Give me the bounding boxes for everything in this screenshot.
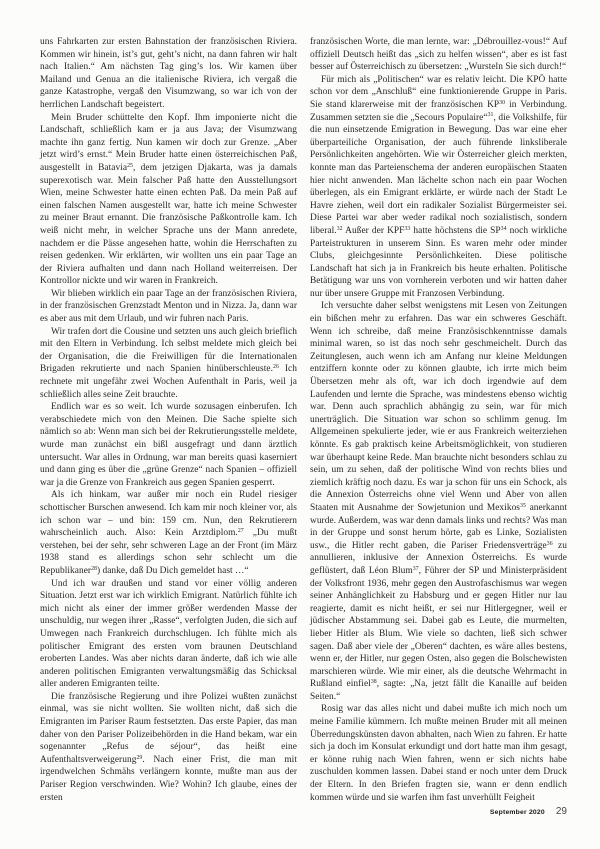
issue-date: September 2020 (490, 809, 545, 816)
paragraph: französischen Worte, die man lernte, war… (310, 36, 567, 74)
paragraph: Als ich hinkam, war außer mir noch ein R… (40, 489, 297, 577)
two-column-text-block: uns Fahrkarten zur ersten Bahnstation de… (40, 36, 567, 804)
paragraph: Die französische Regierung und ihre Poli… (40, 691, 297, 804)
footnote-ref: 28 (91, 566, 97, 572)
footnote-ref: 30 (499, 100, 505, 106)
paragraph: Rosig war das alles nicht und dabei mußt… (310, 703, 567, 804)
footnote-ref: 38 (371, 679, 377, 685)
footnote-ref: 35 (520, 503, 526, 509)
book-page: uns Fahrkarten zur ersten Bahnstation de… (0, 0, 600, 849)
paragraph: Wir blieben wirklich ein paar Tage an de… (40, 288, 297, 326)
footnote-ref: 25 (127, 163, 133, 169)
footnote-ref: 36 (547, 541, 553, 547)
footnote-ref: 29 (136, 755, 142, 761)
footnote-ref: 32 (337, 226, 343, 232)
footnote-ref: 27 (238, 528, 244, 534)
page-footer: September 2020 29 (490, 806, 567, 817)
paragraph: Für mich als „Politischen“ war es relati… (310, 74, 567, 301)
footnote-ref: 37 (413, 566, 419, 572)
footnote-ref: 31 (488, 112, 494, 118)
paragraph: uns Fahrkarten zur ersten Bahnstation de… (40, 36, 297, 112)
footnote-ref: 34 (501, 226, 507, 232)
paragraph: Und ich war draußen und stand vor einer … (40, 578, 297, 691)
paragraph: Wir trafen dort die Cousine und setzten … (40, 326, 297, 402)
text-column-left: uns Fahrkarten zur ersten Bahnstation de… (40, 36, 297, 804)
paragraph: Ich versuchte daher selbst wenigstens mi… (310, 300, 567, 703)
text-column-right: französischen Worte, die man lernte, war… (310, 36, 567, 804)
footnote-ref: 33 (404, 226, 410, 232)
page-number: 29 (556, 806, 567, 817)
footnote-ref: 26 (273, 364, 279, 370)
paragraph: Mein Bruder schüttelte den Kopf. Ihm imp… (40, 112, 297, 288)
paragraph: Endlich war es so weit. Ich wurde sozusa… (40, 401, 297, 489)
